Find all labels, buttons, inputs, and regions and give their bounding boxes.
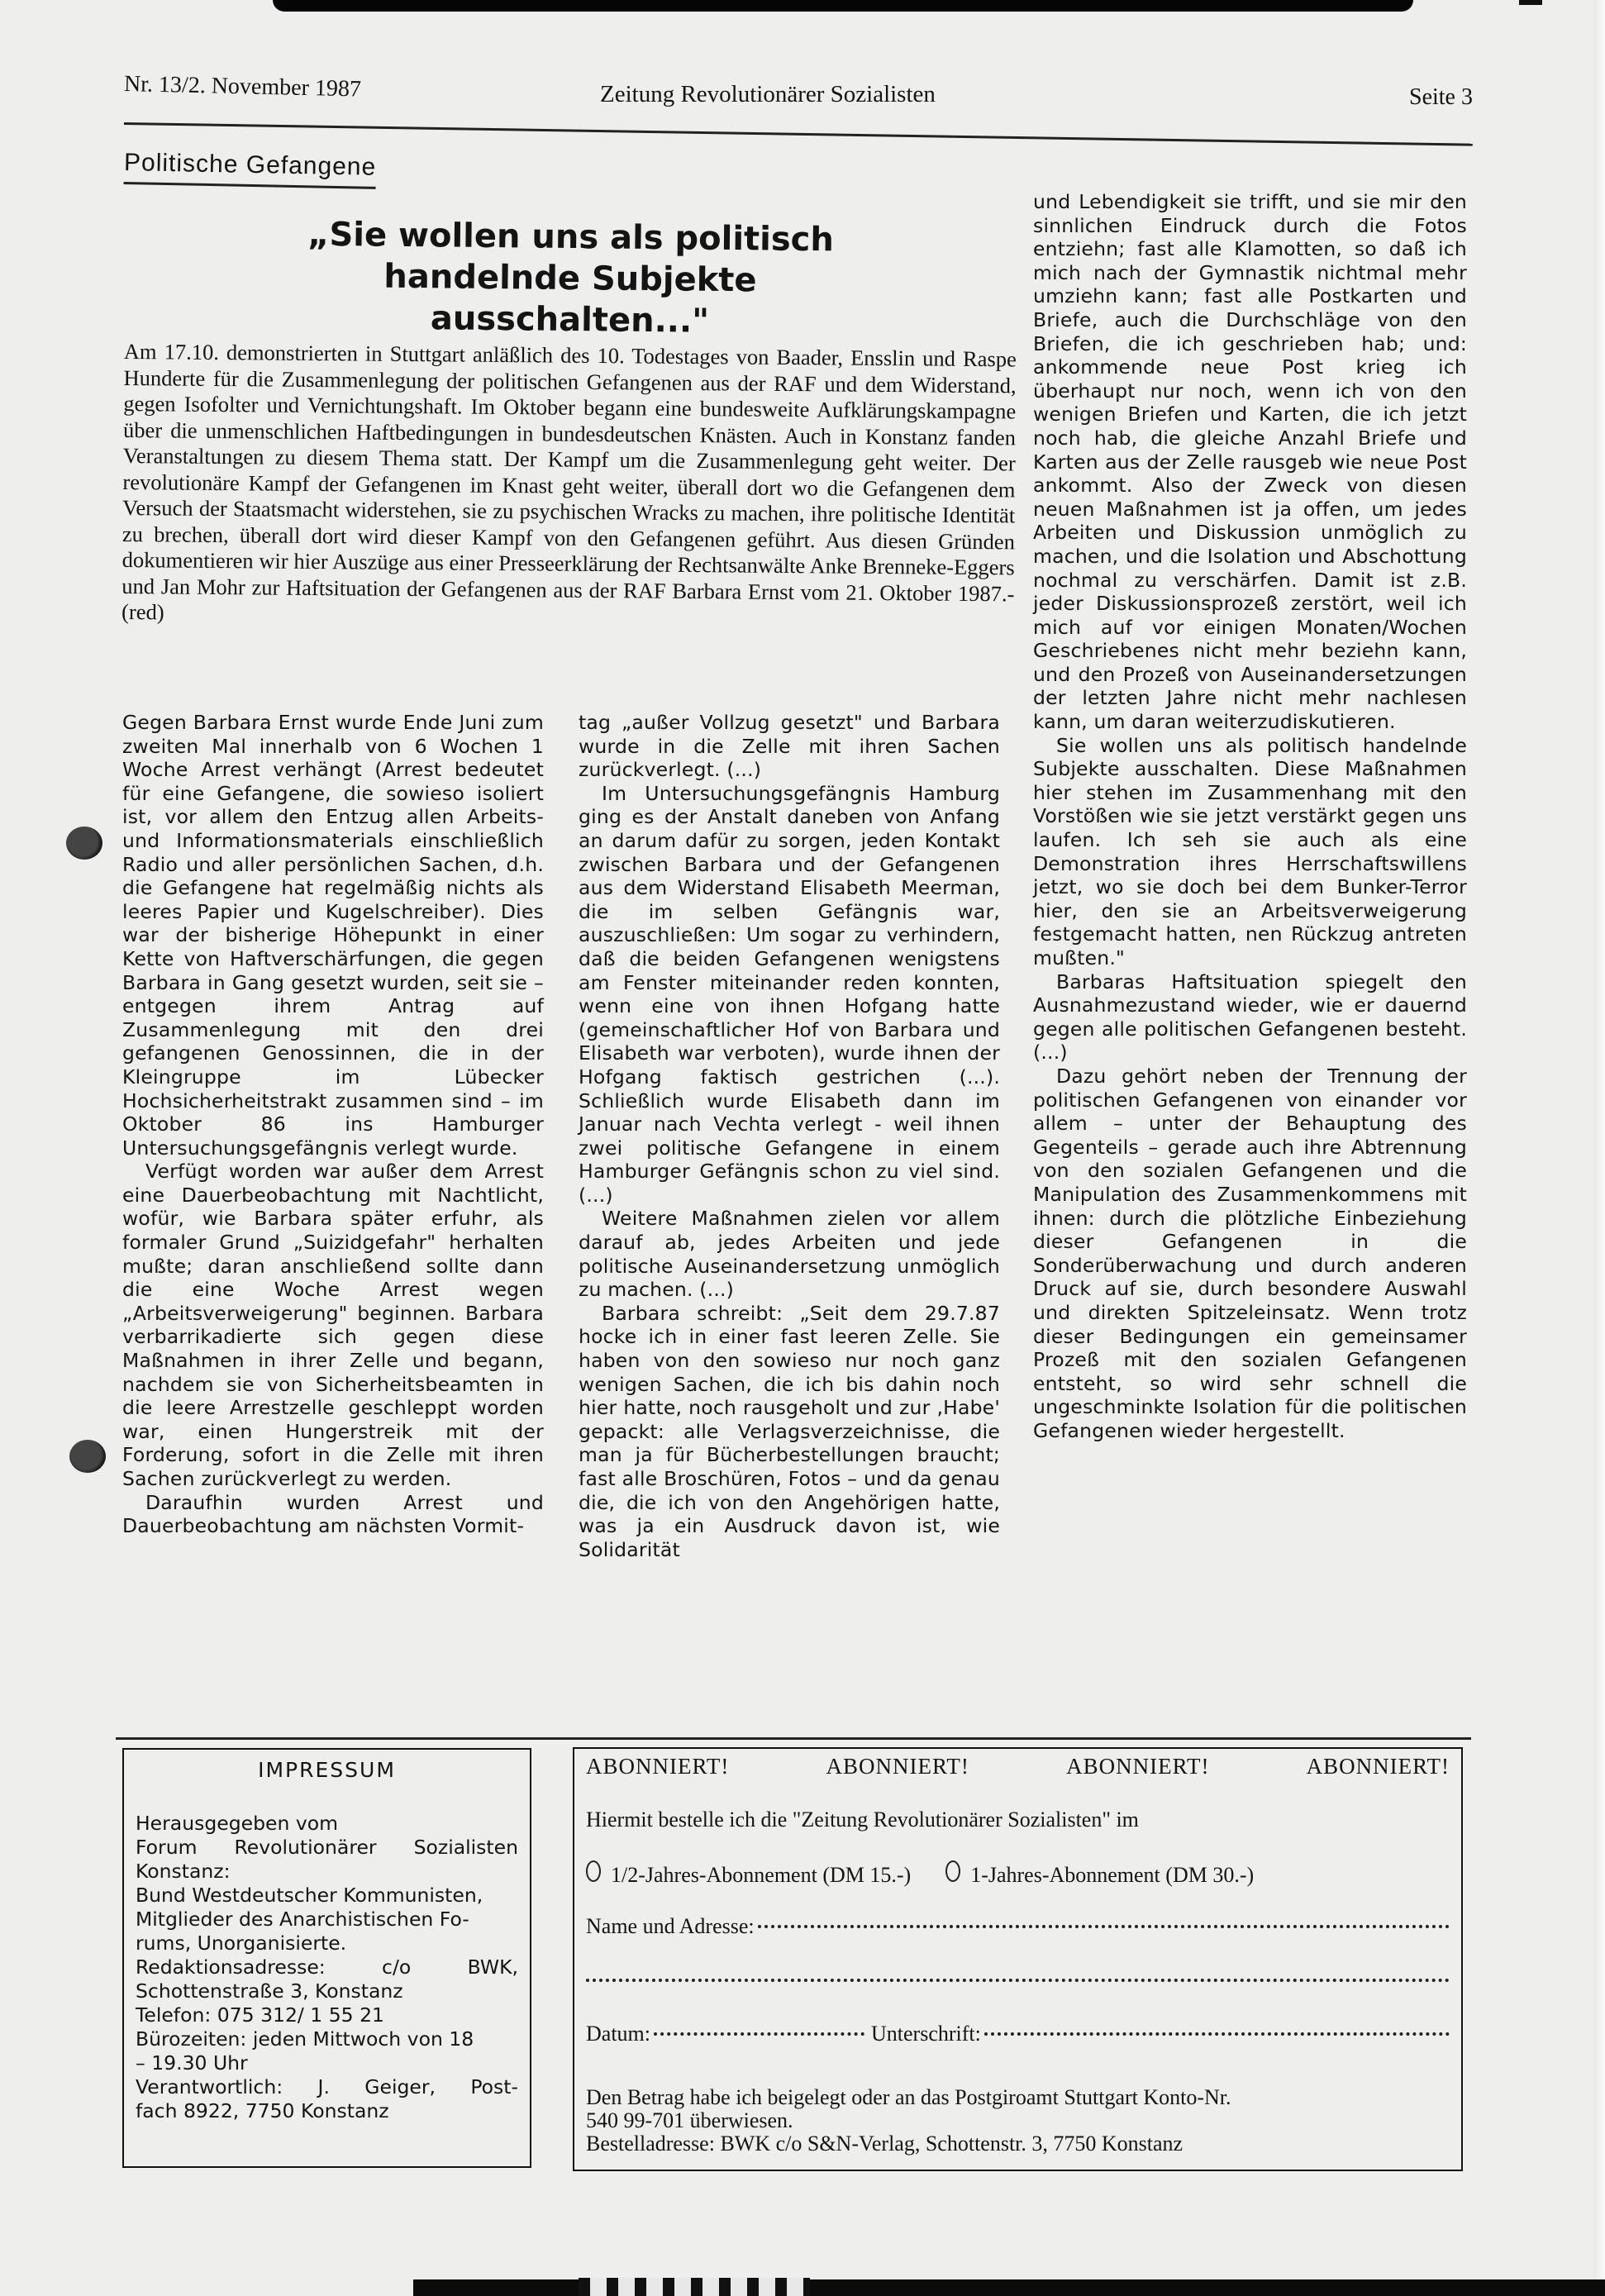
impressum-line: fach 8922, 7750 Konstanz (136, 2099, 518, 2123)
subscription-headings: ABONNIERT! ABONNIERT! ABONNIERT! ABONNIE… (586, 1754, 1450, 1779)
signature-label: Unterschrift: (871, 2022, 981, 2046)
impressum-line: Schottenstraße 3, Konstanz (136, 1979, 518, 2003)
signature-input-line[interactable] (984, 2032, 1450, 2036)
impressum-line: Herausgegeben vom (136, 1812, 518, 1836)
order-statement: Hiermit bestelle ich die "Zeitung Revolu… (586, 1808, 1450, 1832)
subscription-heading: ABONNIERT! (1066, 1754, 1209, 1779)
paragraph: Sie wollen uns als politisch handelnde S… (1033, 734, 1467, 970)
option-half-year[interactable]: 1/2-Jahres-Abonnement (DM 15.-) (586, 1860, 911, 1888)
date-input-line[interactable] (654, 2032, 864, 2036)
impressum-line: Redaktionsadresse: c/o BWK, (136, 1955, 518, 1979)
scan-edge-top (273, 0, 1413, 12)
paragraph: Gegen Barbara Ernst wurde Ende Juni zum … (122, 711, 544, 1160)
newspaper-title: Zeitung Revolutionärer Sozialisten (600, 81, 936, 108)
page-header: Nr. 13/2. November 1987 Zeitung Revoluti… (124, 68, 1473, 117)
payment-info: Den Betrag habe ich beigelegt oder an da… (586, 2086, 1450, 2155)
subscription-heading: ABONNIERT! (586, 1754, 729, 1779)
impressum-line: Mitglieder des Anarchistischen Fo- (136, 1908, 518, 1932)
paragraph: Weitere Maßnahmen zielen vor allem darau… (579, 1207, 1000, 1301)
article-column-left: Gegen Barbara Ernst wurde Ende Juni zum … (122, 711, 544, 1538)
paragraph: Im Untersuchungsgefängnis Hamburg ging e… (579, 782, 1000, 1208)
article-intro: Am 17.10. demonstrierten in Stuttgart an… (121, 339, 1017, 633)
paragraph: Verfügt worden war außer dem Arrest eine… (122, 1160, 544, 1490)
punch-hole-icon (69, 1440, 106, 1473)
name-address-field[interactable]: Name und Adresse: (586, 1914, 1450, 1939)
impressum-line: Bürozeiten: jeden Mittwoch von 18 (136, 2027, 518, 2051)
impressum-line: Konstanz: (136, 1860, 518, 1884)
radio-circle-icon[interactable] (945, 1860, 960, 1882)
impressum-line: Verantwortlich: J. Geiger, Post- (136, 2075, 518, 2099)
scan-edge-right (1593, 0, 1605, 2296)
impressum-line: rums, Unorganisierte. (136, 1932, 518, 1955)
impressum-line: – 19.30 Uhr (136, 2051, 518, 2075)
payment-line: 540 99-701 überwiesen. (586, 2109, 1450, 2132)
impressum-line: Bund Westdeutscher Kommunisten, (136, 1884, 518, 1908)
order-address: Bestelladresse: BWK c/o S&N-Verlag, Scho… (586, 2132, 1450, 2155)
name-address-input-line[interactable] (758, 1925, 1450, 1928)
impressum-line: Forum Revolutionärer Sozialisten (136, 1836, 518, 1860)
paragraph: Dazu gehört neben der Trennung der polit… (1033, 1065, 1467, 1443)
date-label: Datum: (586, 2022, 650, 2046)
subscription-heading: ABONNIERT! (826, 1754, 969, 1779)
scan-edge-bottom-artifact (579, 2278, 810, 2296)
paragraph: und Lebendigkeit sie trifft, und sie mir… (1033, 190, 1467, 734)
section-label: Politische Gefangene (124, 149, 377, 189)
headline-line-2: handelnde Subjekte ausschalten..." (247, 255, 893, 344)
impressum-line: Telefon: 075 312/ 1 55 21 (136, 2003, 518, 2027)
date-signature-row: Datum: Unterschrift: (586, 2022, 1450, 2046)
punch-hole-icon (66, 826, 102, 860)
subscription-heading: ABONNIERT! (1307, 1754, 1450, 1779)
option-label: 1-Jahres-Abonnement (DM 30.-) (970, 1863, 1254, 1888)
scan-edge-top-right (1519, 0, 1542, 5)
paragraph: Barbara schreibt: „Seit dem 29.7.87 hock… (579, 1302, 1000, 1562)
headline-line-1: „Sie wollen uns als politisch (248, 213, 893, 261)
subscription-options: 1/2-Jahres-Abonnement (DM 15.-) 1-Jahres… (586, 1860, 1450, 1888)
article-column-middle: tag „außer Vollzug gesetzt" und Barbara … (579, 711, 1000, 1561)
paragraph: Daraufhin wurden Arrest und Dauerbeobach… (122, 1491, 544, 1538)
impressum-box: IMPRESSUM Herausgegeben vom Forum Revolu… (122, 1748, 531, 2168)
option-full-year[interactable]: 1-Jahres-Abonnement (DM 30.-) (945, 1860, 1254, 1888)
paragraph: tag „außer Vollzug gesetzt" und Barbara … (579, 711, 1000, 782)
impressum-title: IMPRESSUM (136, 1758, 518, 1782)
article-headline: „Sie wollen uns als politisch handelnde … (247, 213, 893, 344)
payment-line: Den Betrag habe ich beigelegt oder an da… (586, 2086, 1450, 2109)
paragraph: Barbaras Haftsituation spiegelt den Ausn… (1033, 970, 1467, 1065)
option-label: 1/2-Jahres-Abonnement (DM 15.-) (611, 1863, 911, 1888)
article-column-right: und Lebendigkeit sie trifft, und sie mir… (1033, 190, 1467, 1442)
name-address-label: Name und Adresse: (586, 1914, 755, 1939)
radio-circle-icon[interactable] (586, 1860, 601, 1882)
footer-divider (116, 1737, 1471, 1740)
page-number: Seite 3 (1409, 84, 1473, 111)
subscription-form: ABONNIERT! ABONNIERT! ABONNIERT! ABONNIE… (573, 1747, 1463, 2171)
address-continuation-line[interactable] (586, 1979, 1450, 1982)
issue-number: Nr. 13/2. November 1987 (124, 71, 362, 103)
header-divider (124, 122, 1473, 146)
